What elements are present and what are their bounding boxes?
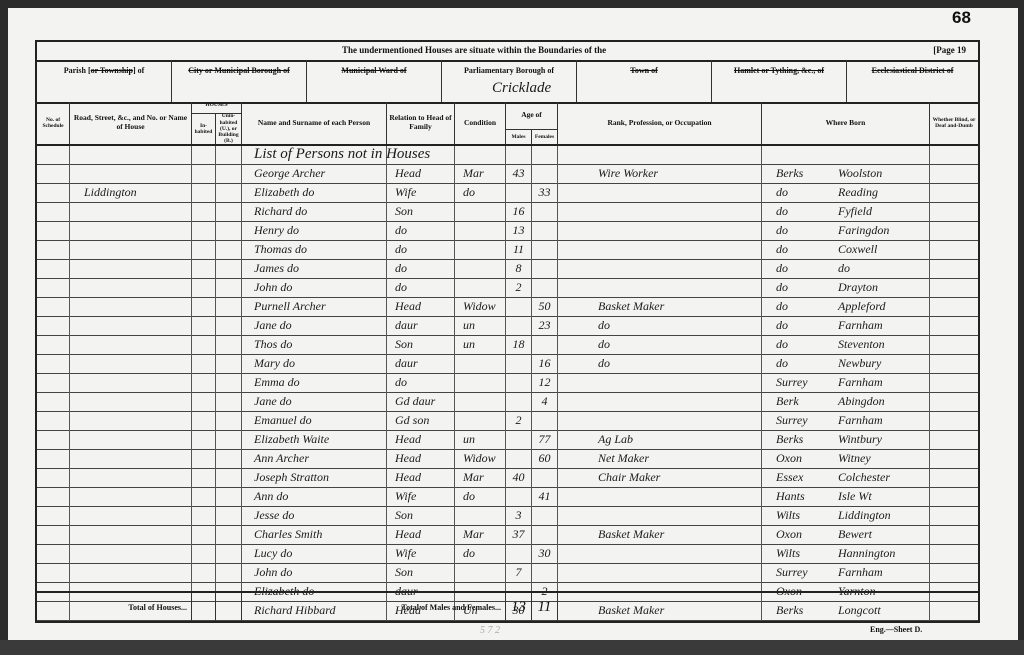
cell-uninh bbox=[216, 184, 242, 203]
cell-relation: Son bbox=[387, 203, 455, 222]
cell-born: WiltsLiddington bbox=[762, 507, 930, 526]
table-row: Joseph StrattonHeadMar40Chair MakerEssex… bbox=[37, 469, 978, 488]
cell-occupation: do bbox=[558, 317, 762, 336]
cell-relation: Son bbox=[387, 564, 455, 583]
table-row: Jane dodaurun23dodoFarnham bbox=[37, 317, 978, 336]
parliamentary-borough-value: Cricklade bbox=[492, 80, 551, 97]
cell-female-age bbox=[532, 279, 558, 298]
cell-relation: Head bbox=[387, 469, 455, 488]
cell-born bbox=[762, 146, 930, 165]
cell-road bbox=[70, 374, 192, 393]
cell-road bbox=[70, 355, 192, 374]
cell-road bbox=[70, 241, 192, 260]
cell-relation: Wife bbox=[387, 184, 455, 203]
born-county: Surrey bbox=[776, 412, 838, 429]
cell-schedule bbox=[37, 298, 70, 317]
born-place: Liddington bbox=[838, 508, 891, 522]
cell-condition bbox=[455, 146, 506, 165]
cell-road bbox=[70, 393, 192, 412]
cell-uninh bbox=[216, 469, 242, 488]
born-county: Oxon bbox=[776, 526, 838, 543]
cell-occupation bbox=[558, 412, 762, 431]
cell-condition: do bbox=[455, 545, 506, 564]
cell-relation: Son bbox=[387, 336, 455, 355]
cell-uninh bbox=[216, 279, 242, 298]
born-place: Drayton bbox=[838, 280, 878, 294]
table-row: Thos doSonun18dodoSteventon bbox=[37, 336, 978, 355]
cell-born: BerksWoolston bbox=[762, 165, 930, 184]
born-place: Hannington bbox=[838, 546, 895, 560]
born-place: Farnham bbox=[838, 565, 883, 579]
cell-uninh bbox=[216, 298, 242, 317]
cell-male-age: 43 bbox=[506, 165, 532, 184]
cell-name: Ann do bbox=[242, 488, 387, 507]
census-form: The undermentioned Houses are situate wi… bbox=[35, 40, 980, 623]
cell-female-age bbox=[532, 412, 558, 431]
cell-blind bbox=[930, 488, 978, 507]
table-row: Purnell ArcherHeadWidow50Basket MakerdoA… bbox=[37, 298, 978, 317]
cell-male-age: 13 bbox=[506, 222, 532, 241]
born-county: do bbox=[776, 184, 838, 201]
cell-condition bbox=[455, 412, 506, 431]
cell-uninh bbox=[216, 374, 242, 393]
table-row: Ann ArcherHeadWidow60Net MakerOxonWitney bbox=[37, 450, 978, 469]
cell-blind bbox=[930, 184, 978, 203]
cell-schedule bbox=[37, 165, 70, 184]
cell-road bbox=[70, 507, 192, 526]
born-place: Wintbury bbox=[838, 432, 882, 446]
cell-blind bbox=[930, 260, 978, 279]
cell-relation: do bbox=[387, 279, 455, 298]
header-name: Name and Surname of each Person bbox=[242, 102, 387, 144]
cell-female-age: 12 bbox=[532, 374, 558, 393]
cell-name: Emma do bbox=[242, 374, 387, 393]
cell-blind bbox=[930, 545, 978, 564]
cell-male-age bbox=[506, 374, 532, 393]
born-county: Hants bbox=[776, 488, 838, 505]
cell-inh bbox=[192, 355, 216, 374]
cell-occupation bbox=[558, 241, 762, 260]
page-number: 68 bbox=[952, 8, 971, 28]
cell-born: WiltsHannington bbox=[762, 545, 930, 564]
cell-road bbox=[70, 222, 192, 241]
cell-condition bbox=[455, 564, 506, 583]
cell-male-age bbox=[506, 545, 532, 564]
cell-born: doSteventon bbox=[762, 336, 930, 355]
header-females: Females bbox=[532, 130, 558, 144]
total-uninhabited bbox=[216, 593, 242, 621]
cell-name: George Archer bbox=[242, 165, 387, 184]
scan-border bbox=[0, 640, 1024, 655]
cell-schedule bbox=[37, 431, 70, 450]
born-place: Isle Wt bbox=[838, 489, 872, 503]
cell-condition: Widow bbox=[455, 298, 506, 317]
table-row: LiddingtonElizabeth doWifedo33doReading bbox=[37, 184, 978, 203]
born-place: Appleford bbox=[838, 299, 886, 313]
cell-male-age: 18 bbox=[506, 336, 532, 355]
cell-occupation: do bbox=[558, 355, 762, 374]
cell-born: doNewbury bbox=[762, 355, 930, 374]
header-blind: Whether Blind, or Deaf and-Dumb bbox=[930, 102, 978, 144]
cell-female-age: 60 bbox=[532, 450, 558, 469]
cell-male-age bbox=[506, 146, 532, 165]
cell-relation: do bbox=[387, 241, 455, 260]
cell-condition bbox=[455, 355, 506, 374]
cell-condition bbox=[455, 374, 506, 393]
cell-uninh bbox=[216, 393, 242, 412]
cell-inh bbox=[192, 336, 216, 355]
cell-female-age bbox=[532, 165, 558, 184]
cell-blind bbox=[930, 469, 978, 488]
cell-schedule bbox=[37, 260, 70, 279]
cell-name: Henry do bbox=[242, 222, 387, 241]
cell-male-age bbox=[506, 431, 532, 450]
cell-uninh bbox=[216, 317, 242, 336]
cell-male-age: 2 bbox=[506, 412, 532, 431]
cell-inh bbox=[192, 545, 216, 564]
cell-schedule bbox=[37, 355, 70, 374]
heading-line: List of Persons not in Houses bbox=[242, 146, 387, 165]
cell-relation: Head bbox=[387, 298, 455, 317]
cell-uninh bbox=[216, 431, 242, 450]
cell-road bbox=[70, 526, 192, 545]
boundary-town: Town of bbox=[577, 60, 712, 102]
cell-blind bbox=[930, 203, 978, 222]
cell-relation: do bbox=[387, 260, 455, 279]
header-occupation: Rank, Profession, or Occupation bbox=[558, 102, 762, 144]
cell-condition: do bbox=[455, 184, 506, 203]
table-row: John doSon7SurreyFarnham bbox=[37, 564, 978, 583]
cell-name: John do bbox=[242, 279, 387, 298]
cell-name: Jesse do bbox=[242, 507, 387, 526]
cell-relation: daur bbox=[387, 317, 455, 336]
cell-relation: Son bbox=[387, 507, 455, 526]
cell-occupation: Wire Worker bbox=[558, 165, 762, 184]
cell-male-age: 11 bbox=[506, 241, 532, 260]
cell-male-age: 37 bbox=[506, 526, 532, 545]
born-place: do bbox=[838, 261, 850, 275]
cell-condition bbox=[455, 260, 506, 279]
cell-schedule bbox=[37, 317, 70, 336]
cell-born: EssexColchester bbox=[762, 469, 930, 488]
table-row: Jesse doSon3WiltsLiddington bbox=[37, 507, 978, 526]
cell-inh bbox=[192, 374, 216, 393]
cell-name: Joseph Stratton bbox=[242, 469, 387, 488]
cell-uninh bbox=[216, 412, 242, 431]
boundary-hamlet: Hamlet or Tything, &c., of bbox=[712, 60, 847, 102]
cell-road bbox=[70, 203, 192, 222]
cell-occupation bbox=[558, 279, 762, 298]
cell-uninh bbox=[216, 203, 242, 222]
cell-condition: un bbox=[455, 431, 506, 450]
header-males: Males bbox=[506, 130, 532, 144]
cell-male-age bbox=[506, 184, 532, 203]
cell-relation: Gd son bbox=[387, 412, 455, 431]
cell-male-age: 40 bbox=[506, 469, 532, 488]
cell-female-age bbox=[532, 469, 558, 488]
cell-blind bbox=[930, 241, 978, 260]
cell-occupation bbox=[558, 507, 762, 526]
cell-born: doCoxwell bbox=[762, 241, 930, 260]
cell-female-age: 50 bbox=[532, 298, 558, 317]
born-county: Berks bbox=[776, 165, 838, 182]
cell-relation: Gd daur bbox=[387, 393, 455, 412]
cell-inh bbox=[192, 298, 216, 317]
cell-road bbox=[70, 317, 192, 336]
cell-inh bbox=[192, 222, 216, 241]
cell-occupation bbox=[558, 545, 762, 564]
cell-uninh bbox=[216, 146, 242, 165]
cell-occupation bbox=[558, 488, 762, 507]
cell-born: doFaringdon bbox=[762, 222, 930, 241]
cell-road bbox=[70, 336, 192, 355]
cell-blind bbox=[930, 298, 978, 317]
cell-blind bbox=[930, 431, 978, 450]
born-county: Wilts bbox=[776, 545, 838, 562]
cell-schedule bbox=[37, 526, 70, 545]
cell-condition bbox=[455, 222, 506, 241]
cell-blind bbox=[930, 507, 978, 526]
born-county: do bbox=[776, 279, 838, 296]
born-county: do bbox=[776, 260, 838, 277]
cell-occupation bbox=[558, 222, 762, 241]
cell-male-age bbox=[506, 298, 532, 317]
cell-name: Purnell Archer bbox=[242, 298, 387, 317]
total-males: 13 bbox=[506, 593, 532, 621]
born-county: Surrey bbox=[776, 374, 838, 391]
cell-born: OxonBewert bbox=[762, 526, 930, 545]
cell-female-age bbox=[532, 336, 558, 355]
cell-blind bbox=[930, 165, 978, 184]
cell-condition bbox=[455, 203, 506, 222]
header-where-born: Where Born bbox=[762, 102, 930, 144]
cell-relation: Head bbox=[387, 165, 455, 184]
header-road: Road, Street, &c., and No. or Name of Ho… bbox=[70, 102, 192, 144]
cell-road bbox=[70, 279, 192, 298]
cell-blind bbox=[930, 279, 978, 298]
cell-occupation: Basket Maker bbox=[558, 526, 762, 545]
cell-female-age bbox=[532, 203, 558, 222]
header-houses: HOUSES bbox=[192, 102, 242, 114]
total-houses-label: Total of Houses... bbox=[37, 593, 192, 621]
cell-born: doDrayton bbox=[762, 279, 930, 298]
cell-relation: Head bbox=[387, 526, 455, 545]
cell-female-age: 4 bbox=[532, 393, 558, 412]
cell-condition: un bbox=[455, 336, 506, 355]
cell-road bbox=[70, 412, 192, 431]
cell-name: John do bbox=[242, 564, 387, 583]
born-county: do bbox=[776, 355, 838, 372]
cell-born: dodo bbox=[762, 260, 930, 279]
cell-uninh bbox=[216, 355, 242, 374]
cell-relation: Head bbox=[387, 431, 455, 450]
cell-blind bbox=[930, 374, 978, 393]
born-place: Farnham bbox=[838, 318, 883, 332]
cell-blind bbox=[930, 450, 978, 469]
cell-name: Lucy do bbox=[242, 545, 387, 564]
cell-relation: Head bbox=[387, 450, 455, 469]
cell-relation: do bbox=[387, 222, 455, 241]
born-county: Berks bbox=[776, 431, 838, 448]
born-county: do bbox=[776, 203, 838, 220]
cell-inh bbox=[192, 469, 216, 488]
born-county: Essex bbox=[776, 469, 838, 486]
table-row: Emanuel doGd son2SurreyFarnham bbox=[37, 412, 978, 431]
boundary-parish: Parish [or Township] of bbox=[37, 60, 172, 102]
cell-road bbox=[70, 146, 192, 165]
cell-condition: Mar bbox=[455, 165, 506, 184]
cell-road bbox=[70, 260, 192, 279]
cell-relation: daur bbox=[387, 355, 455, 374]
table-row: John dodo2doDrayton bbox=[37, 279, 978, 298]
cell-schedule bbox=[37, 146, 70, 165]
born-place: Reading bbox=[838, 185, 878, 199]
cell-condition bbox=[455, 507, 506, 526]
cell-female-age bbox=[532, 564, 558, 583]
place-name: Liddington bbox=[70, 184, 192, 203]
cell-born: HantsIsle Wt bbox=[762, 488, 930, 507]
born-county: Oxon bbox=[776, 450, 838, 467]
cell-female-age bbox=[532, 241, 558, 260]
born-county: do bbox=[776, 317, 838, 334]
cell-schedule bbox=[37, 241, 70, 260]
title-row: The undermentioned Houses are situate wi… bbox=[37, 42, 978, 62]
cell-name: Richard do bbox=[242, 203, 387, 222]
cell-born: BerksWintbury bbox=[762, 431, 930, 450]
cell-male-age: 3 bbox=[506, 507, 532, 526]
boundary-municipal-ward: Municipal Ward of bbox=[307, 60, 442, 102]
cell-relation: Wife bbox=[387, 488, 455, 507]
boundary-municipal-borough: City or Municipal Borough of bbox=[172, 60, 307, 102]
cell-uninh bbox=[216, 165, 242, 184]
born-place: Newbury bbox=[838, 356, 881, 370]
cell-relation: do bbox=[387, 374, 455, 393]
cell-inh bbox=[192, 412, 216, 431]
born-place: Witney bbox=[838, 451, 871, 465]
cell-occupation: Chair Maker bbox=[558, 469, 762, 488]
cell-road bbox=[70, 564, 192, 583]
cell-occupation: Ag Lab bbox=[558, 431, 762, 450]
cell-occupation bbox=[558, 260, 762, 279]
cell-name: Elizabeth do bbox=[242, 184, 387, 203]
table-row: Thomas dodo11doCoxwell bbox=[37, 241, 978, 260]
cell-female-age: 41 bbox=[532, 488, 558, 507]
cell-occupation bbox=[558, 374, 762, 393]
born-county: do bbox=[776, 298, 838, 315]
header-relation: Relation to Head of Family bbox=[387, 102, 455, 144]
page-reference: [Page 19 bbox=[933, 45, 966, 55]
cell-schedule bbox=[37, 222, 70, 241]
cell-blind bbox=[930, 412, 978, 431]
cell-female-age: 16 bbox=[532, 355, 558, 374]
born-place: Faringdon bbox=[838, 223, 889, 237]
cell-road bbox=[70, 450, 192, 469]
cell-schedule bbox=[37, 412, 70, 431]
cell-uninh bbox=[216, 336, 242, 355]
heading-row: List of Persons not in Houses bbox=[37, 146, 978, 165]
cell-inh bbox=[192, 146, 216, 165]
cell-road bbox=[70, 469, 192, 488]
cell-road bbox=[70, 431, 192, 450]
header-uninhabited: Unin-habited (U.), or Building (B.) bbox=[216, 114, 242, 144]
cell-inh bbox=[192, 184, 216, 203]
cell-condition: Mar bbox=[455, 526, 506, 545]
born-place: Woolston bbox=[838, 166, 882, 180]
cell-condition: Mar bbox=[455, 469, 506, 488]
born-place: Farnham bbox=[838, 413, 883, 427]
cell-inh bbox=[192, 526, 216, 545]
cell-blind bbox=[930, 317, 978, 336]
cell-inh bbox=[192, 450, 216, 469]
cell-road bbox=[70, 545, 192, 564]
boundary-parliamentary-borough: Parliamentary Borough of Cricklade bbox=[442, 60, 577, 102]
table-row: Jane doGd daur4BerkAbingdon bbox=[37, 393, 978, 412]
form-title: The undermentioned Houses are situate wi… bbox=[342, 45, 606, 55]
cell-name: Charles Smith bbox=[242, 526, 387, 545]
sheet-label: Eng.—Sheet D. bbox=[870, 625, 922, 634]
cell-blind bbox=[930, 355, 978, 374]
cell-female-age: 23 bbox=[532, 317, 558, 336]
cell-male-age bbox=[506, 393, 532, 412]
born-county: Berk bbox=[776, 393, 838, 410]
cell-occupation: Net Maker bbox=[558, 450, 762, 469]
cell-inh bbox=[192, 564, 216, 583]
cell-road bbox=[70, 165, 192, 184]
cell-uninh bbox=[216, 450, 242, 469]
cell-inh bbox=[192, 241, 216, 260]
pencil-note: 5 7 2 bbox=[480, 625, 500, 636]
cell-female-age bbox=[532, 146, 558, 165]
cell-inh bbox=[192, 317, 216, 336]
cell-blind bbox=[930, 526, 978, 545]
cell-male-age bbox=[506, 450, 532, 469]
born-place: Farnham bbox=[838, 375, 883, 389]
cell-uninh bbox=[216, 222, 242, 241]
cell-occupation bbox=[558, 184, 762, 203]
cell-female-age: 33 bbox=[532, 184, 558, 203]
cell-male-age: 16 bbox=[506, 203, 532, 222]
cell-blind bbox=[930, 393, 978, 412]
cell-female-age bbox=[532, 260, 558, 279]
cell-inh bbox=[192, 279, 216, 298]
cell-inh bbox=[192, 260, 216, 279]
table-row: Richard doSon16doFyfield bbox=[37, 203, 978, 222]
column-headers: No. of Schedule Road, Street, &c., and N… bbox=[37, 102, 978, 146]
cell-name: Jane do bbox=[242, 393, 387, 412]
cell-born: SurreyFarnham bbox=[762, 374, 930, 393]
born-county: do bbox=[776, 336, 838, 353]
cell-female-age bbox=[532, 526, 558, 545]
cell-uninh bbox=[216, 507, 242, 526]
born-place: Bewert bbox=[838, 527, 872, 541]
total-females: 11 bbox=[532, 593, 558, 621]
cell-born: SurreyFarnham bbox=[762, 564, 930, 583]
cell-name: Emanuel do bbox=[242, 412, 387, 431]
table-row: Charles SmithHeadMar37Basket MakerOxonBe… bbox=[37, 526, 978, 545]
cell-uninh bbox=[216, 488, 242, 507]
table-row: Henry dodo13doFaringdon bbox=[37, 222, 978, 241]
cell-male-age: 7 bbox=[506, 564, 532, 583]
cell-uninh bbox=[216, 564, 242, 583]
cell-blind bbox=[930, 146, 978, 165]
cell-condition bbox=[455, 393, 506, 412]
cell-name: Jane do bbox=[242, 317, 387, 336]
boundary-row: Parish [or Township] of City or Municipa… bbox=[37, 60, 978, 104]
cell-inh bbox=[192, 393, 216, 412]
cell-male-age: 8 bbox=[506, 260, 532, 279]
cell-schedule bbox=[37, 203, 70, 222]
cell-female-age: 30 bbox=[532, 545, 558, 564]
